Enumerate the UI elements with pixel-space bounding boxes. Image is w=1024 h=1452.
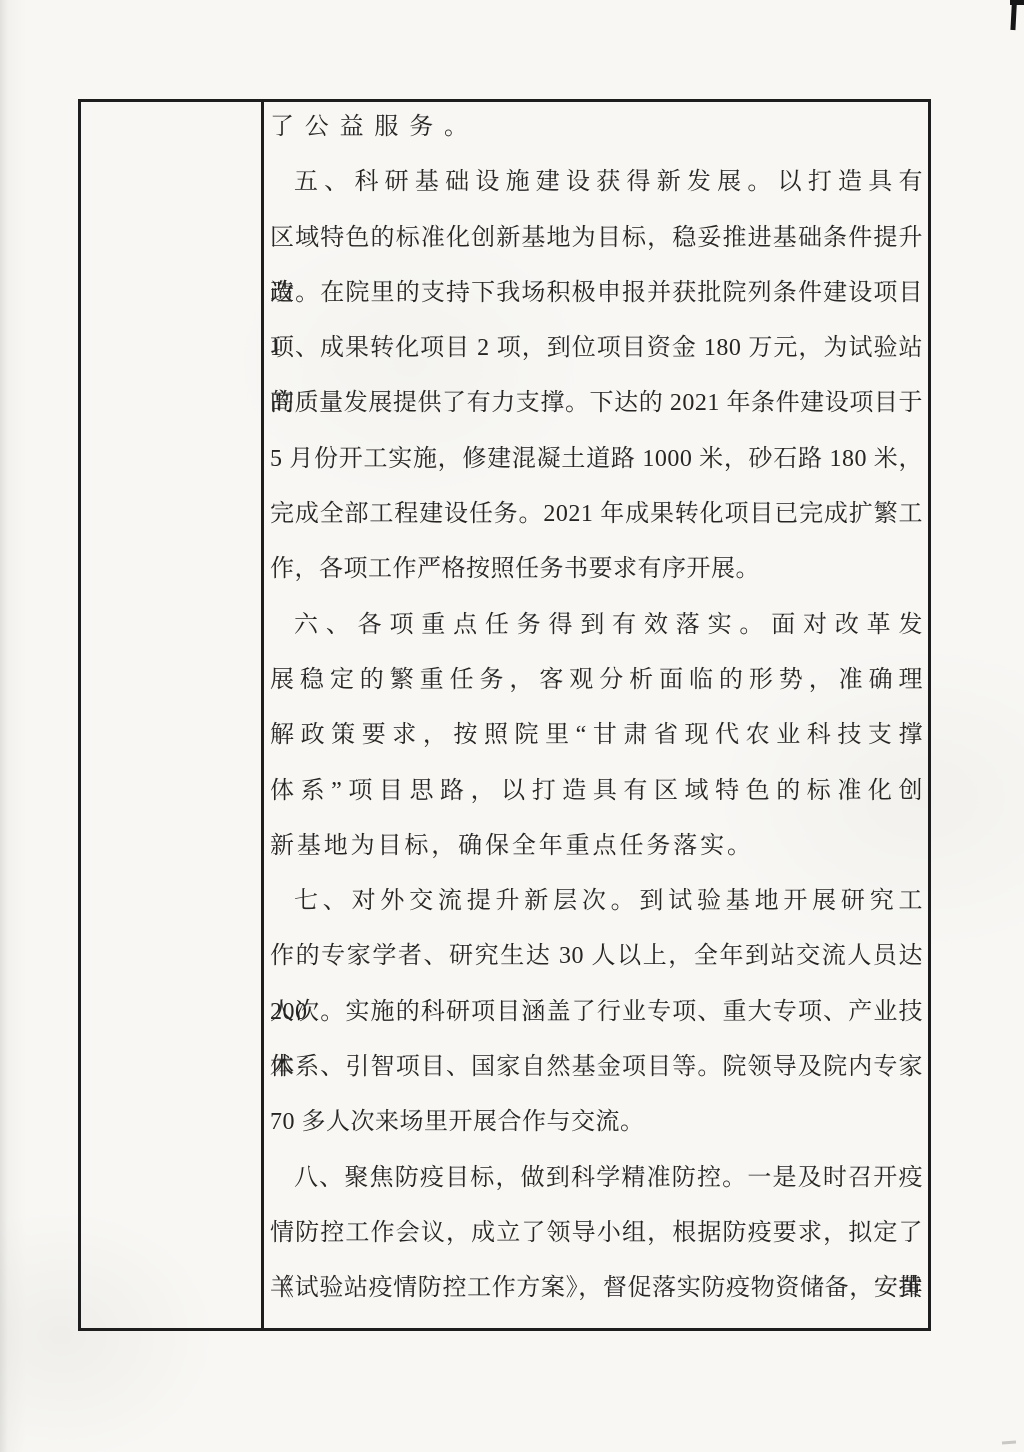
text-line: 了公益服务。 [270, 100, 923, 155]
text-line: 区域特色的标准化创新基地为目标，稳妥推进基础条件提升改 [270, 211, 923, 266]
text-line: 情防控工作会议，成立了领导小组，根据防疫要求，拟定了《黄 [270, 1206, 923, 1261]
text-line: 作的专家学者、研究生达 30 人以上，全年到站交流人员达 200 [270, 929, 923, 984]
text-line: 70 多人次来场里开展合作与交流。 [270, 1095, 923, 1150]
content-column: 了公益服务。五、科研基础设施建设获得新发展。以打造具有区域特色的标准化创新基地为… [270, 100, 923, 1328]
text-line: 羊试验站疫情防控工作方案》，督促落实防疫物资储备，安排 [270, 1261, 923, 1316]
scan-smudge [1002, 1441, 1016, 1445]
scan-corner-artifact [1008, 0, 1024, 34]
text-line: 七、对外交流提升新层次。到试验基地开展研究工 [270, 874, 923, 929]
text-line: 五、科研基础设施建设获得新发展。以打造具有 [270, 155, 923, 210]
text-line: 体系、引智项目、国家自然基金项目等。院领导及院内专家 [270, 1040, 923, 1095]
text-line: 5 月份开工实施，修建混凝土道路 1000 米，砂石路 180 米， [270, 432, 923, 487]
text-line: 展稳定的繁重任务，客观分析面临的形势，准确理 [270, 653, 923, 708]
text-line: 作，各项工作严格按照任务书要求有序开展。 [270, 542, 923, 597]
text-line: 六、各项重点任务得到有效落实。面对改革发 [270, 598, 923, 653]
text-line: 体系”项目思路，以打造具有区域特色的标准化创 [270, 764, 923, 819]
scanned-page: 了公益服务。五、科研基础设施建设获得新发展。以打造具有区域特色的标准化创新基地为… [0, 0, 1024, 1452]
report-table: 了公益服务。五、科研基础设施建设获得新发展。以打造具有区域特色的标准化创新基地为… [78, 99, 931, 1331]
text-line: 造。在院里的支持下我场积极申报并获批院列条件建设项目 1 [270, 266, 923, 321]
text-line: 新基地为目标，确保全年重点任务落实。 [270, 819, 923, 874]
text-line: 完成全部工程建设任务。2021 年成果转化项目已完成扩繁工 [270, 487, 923, 542]
text-line: 八、聚焦防疫目标，做到科学精准防控。一是及时召开疫 [270, 1151, 923, 1206]
label-column [81, 102, 264, 1328]
text-line: 项、成果转化项目 2 项，到位项目资金 180 万元，为试验站的 [270, 321, 923, 376]
text-line: 解政策要求，按照院里“甘肃省现代农业科技支撑 [270, 708, 923, 763]
text-line: 人次。实施的科研项目涵盖了行业专项、重大专项、产业技术 [270, 985, 923, 1040]
text-line: 高质量发展提供了有力支撑。下达的 2021 年条件建设项目于 [270, 376, 923, 431]
